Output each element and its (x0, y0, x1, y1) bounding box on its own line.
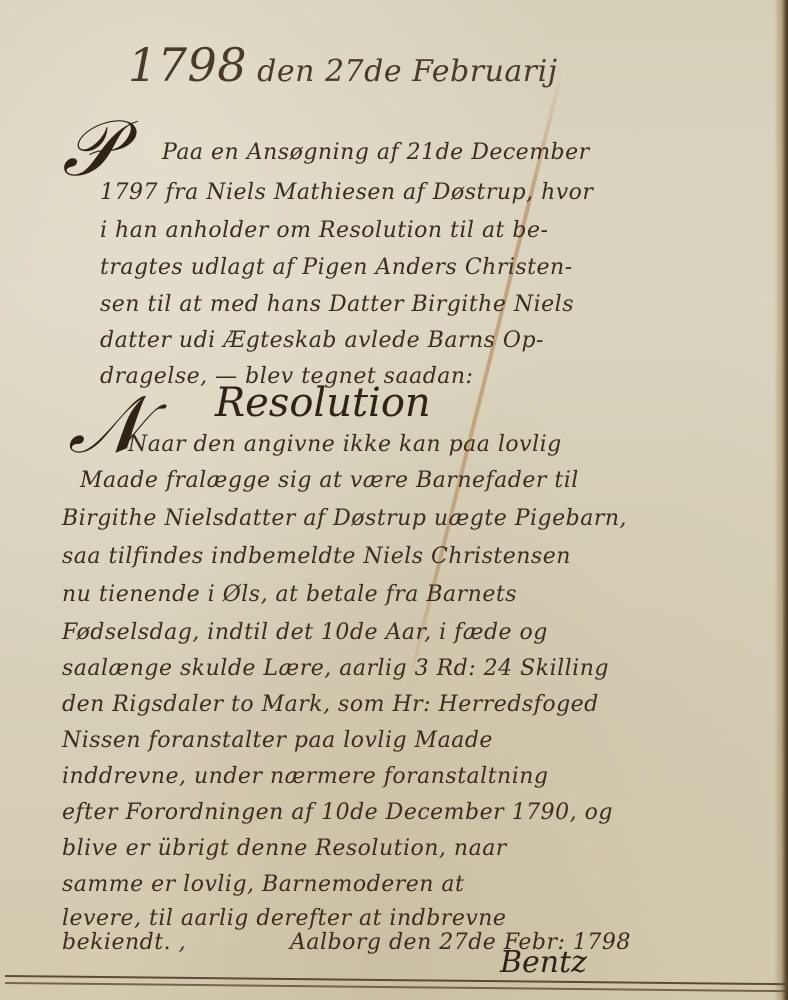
resolution-line-13: samme er lovlig, Barnemoderen at (62, 872, 464, 897)
opening-line-3: i han anholder om Resolution til at be- (100, 218, 548, 243)
resolution-heading: Resolution (215, 380, 431, 426)
resolution-line-14: levere, til aarlig derefter at indbrevne (62, 906, 506, 931)
resolution-line-12: blive er übrigt denne Resolution, naar (62, 836, 507, 861)
manuscript-page: 1798 den 27de Februarij 𝒫 Paa en Ansøgni… (0, 0, 788, 1000)
resolution-line-5: nu tienende i Øls, at betale fra Barnets (62, 582, 517, 607)
resolution-line-11: efter Forordningen af 10de December 1790… (62, 800, 613, 825)
header-date: 1798 den 27de Februarij (128, 38, 558, 92)
opening-line-5: sen til at med hans Datter Birgithe Niel… (100, 292, 574, 317)
resolution-line-1: Naar den angivne ikke kan paa lovlig (128, 432, 562, 457)
header-year: 1798 (128, 38, 247, 92)
resolution-line-6: Fødselsdag, indtil det 10de Aar, i fæde … (62, 620, 548, 645)
resolution-line-3: Birgithe Nielsdatter af Døstrup uægte Pi… (62, 506, 627, 531)
resolution-line-9: Nissen foranstalter paa lovlig Maade (62, 728, 493, 753)
resolution-line-4: saa tilfindes indbemeldte Niels Christen… (62, 544, 571, 569)
resolution-line-7: saalænge skulde Lære, aarlig 3 Rd: 24 Sk… (62, 656, 609, 681)
signature: Bentz (500, 945, 587, 980)
opening-line-2: 1797 fra Niels Mathiesen af Døstrup, hvo… (100, 180, 593, 205)
header-day-month: den 27de Februarij (257, 54, 557, 89)
opening-line-6: datter udi Ægteskab avlede Barns Op- (100, 328, 544, 353)
page-edge-shadow (774, 0, 788, 1000)
resolution-line-2: Maade fralægge sig at være Barnefader ti… (80, 468, 579, 493)
drop-cap-initial-n: 𝒩 (68, 378, 145, 472)
opening-line-1: Paa en Ansøgning af 21de December (162, 140, 590, 165)
resolution-line-8: den Rigsdaler to Mark, som Hr: Herredsfo… (62, 692, 599, 717)
resolution-line-15: bekiendt. , (62, 930, 186, 955)
resolution-line-10: inddrevne, under nærmere foranstaltning (62, 764, 549, 789)
opening-line-4: tragtes udlagt af Pigen Anders Christen- (100, 255, 573, 280)
